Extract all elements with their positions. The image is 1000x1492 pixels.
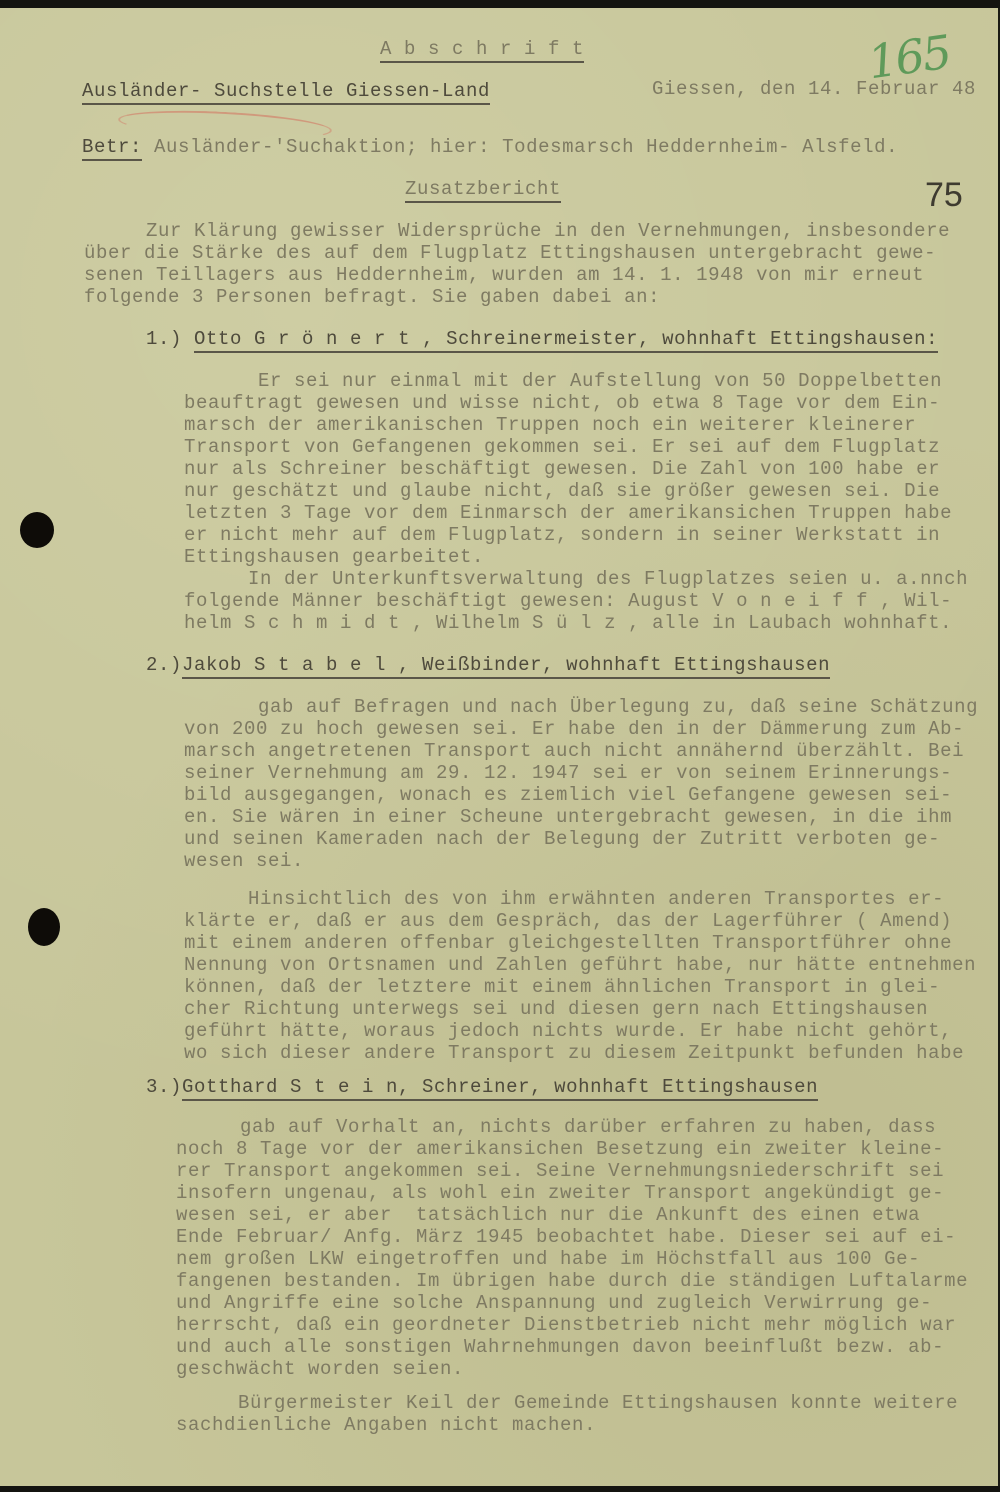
body-line: marsch der amerikanischen Truppen noch e… (184, 414, 916, 436)
body-line: wesen sei, er aber tatsächlich nur die A… (176, 1204, 920, 1226)
report-heading: Zusatzbericht (405, 178, 561, 203)
body-line: geschwächt worden seien. (176, 1358, 464, 1380)
witness-2-heading: 2.)Jakob S t a b e l , Weißbinder, wohnh… (146, 654, 830, 676)
body-line: nem großen LKW eingetroffen und habe im … (176, 1248, 920, 1270)
document-page: 165 75 A b s c h r i f t Ausländer- Such… (0, 8, 998, 1486)
body-line: fangenen bestanden. Im übrigen habe durc… (176, 1270, 968, 1292)
subject-line: Betr: Ausländer-'Suchaktion; hier: Todes… (82, 136, 898, 158)
page-number: 75 (925, 176, 963, 215)
body-line: insofern ungenau, als wohl ein zweiter T… (176, 1182, 944, 1204)
body-line: Transport von Gefangenen gekommen sei. E… (184, 436, 940, 458)
body-line: wo sich dieser andere Transport zu diese… (184, 1042, 964, 1064)
scan-border-bottom (0, 1486, 1000, 1492)
witness-number: 2.) (146, 654, 182, 676)
witness-name: Otto G r ö n e r t , Schreinermeister, w… (194, 328, 938, 353)
subject-text: Ausländer-'Suchaktion; hier: Todesmarsch… (142, 136, 898, 158)
body-line: mit einem anderen offenbar gleichgestell… (184, 932, 952, 954)
body-line: nur als Schreiner beschäftigt gewesen. D… (184, 458, 940, 480)
body-line: beauftragt gewesen und wisse nicht, ob e… (184, 392, 940, 414)
intro-line: über die Stärke des auf dem Flugplatz Et… (84, 242, 936, 264)
witness-1-heading: 1.) Otto G r ö n e r t , Schreinermeiste… (146, 328, 938, 350)
body-line: Er sei nur einmal mit der Aufstellung vo… (258, 370, 942, 392)
closing-line: sachdienliche Angaben nicht machen. (176, 1414, 596, 1436)
body-line: bild ausgegangen, wonach es ziemlich vie… (184, 784, 952, 806)
witness-name: Gotthard S t e i n, Schreiner, wohnhaft … (182, 1076, 818, 1101)
body-line: Ettingshausen gearbeitet. (184, 546, 484, 568)
punch-hole-top (20, 512, 54, 548)
body-line: wesen sei. (184, 850, 304, 872)
body-line: herrscht, daß ein geordneter Dienstbetri… (176, 1314, 956, 1336)
body-line: rer Transport angekommen sei. Seine Vern… (176, 1160, 944, 1182)
body-line: und Angriffe eine solche Anspannung und … (176, 1292, 932, 1314)
body-line: letzten 3 Tage vor dem Einmarsch der ame… (184, 502, 952, 524)
subject-label: Betr: (82, 136, 142, 161)
body-line: er nicht mehr auf dem Flugplatz, sondern… (184, 524, 940, 546)
witness-name: Jakob S t a b e l , Weißbinder, wohnhaft… (182, 654, 830, 679)
body-line: und seinen Kameraden nach der Belegung d… (184, 828, 940, 850)
body-line: In der Unterkunftsverwaltung des Flugpla… (248, 568, 968, 590)
body-line: seiner Vernehmung am 29. 12. 1947 sei er… (184, 762, 952, 784)
intro-line: folgende 3 Personen befragt. Sie gaben d… (84, 286, 660, 308)
witness-number: 1.) (146, 328, 182, 350)
body-line: helm S c h m i d t , Wilhelm S ü l z , a… (184, 612, 952, 634)
body-line: cher Richtung unterwegs sei und diesen g… (184, 998, 928, 1020)
body-line: nur geschätzt und glaube nicht, daß sie … (184, 480, 940, 502)
scan-border-top (0, 0, 1000, 8)
body-line: gab auf Befragen und nach Überlegung zu,… (258, 696, 978, 718)
body-line: können, daß der letztere mit einem ähnli… (184, 976, 940, 998)
body-line: folgende Männer beschäftigt gewesen: Aug… (184, 590, 952, 612)
intro-line: Zur Klärung gewisser Widersprüche in den… (146, 220, 950, 242)
body-line: noch 8 Tage vor der amerikansichen Beset… (176, 1138, 944, 1160)
punch-hole-bottom (28, 908, 60, 946)
body-line: und auch alle sonstigen Wahrnehmungen da… (176, 1336, 944, 1358)
body-line: geführt hätte, woraus jedoch nichts wurd… (184, 1020, 952, 1042)
witness-number: 3.) (146, 1076, 182, 1098)
body-line: klärte er, daß er aus dem Gespräch, das … (184, 910, 952, 932)
office-name: Ausländer- Suchstelle Giessen-Land (82, 80, 490, 105)
body-line: Nennung von Ortsnamen und Zahlen geführt… (184, 954, 976, 976)
intro-line: senen Teillagers aus Heddernheim, wurden… (84, 264, 924, 286)
body-line: Hinsichtlich des von ihm erwähnten ander… (248, 888, 944, 910)
body-line: gab auf Vorhalt an, nichts darüber erfah… (240, 1116, 936, 1138)
body-line: en. Sie wären in einer Scheune untergebr… (184, 806, 952, 828)
document-title: A b s c h r i f t (380, 38, 584, 63)
witness-3-heading: 3.)Gotthard S t e i n, Schreiner, wohnha… (146, 1076, 818, 1098)
body-line: von 200 zu hoch gewesen sei. Er habe den… (184, 718, 964, 740)
place-date: Giessen, den 14. Februar 48 (652, 78, 976, 100)
body-line: marsch angetretenen Transport auch nicht… (184, 740, 964, 762)
body-line: Ende Februar/ Anfg. März 1945 beobachtet… (176, 1226, 956, 1248)
closing-line: Bürgermeister Keil der Gemeinde Ettingsh… (238, 1392, 958, 1414)
